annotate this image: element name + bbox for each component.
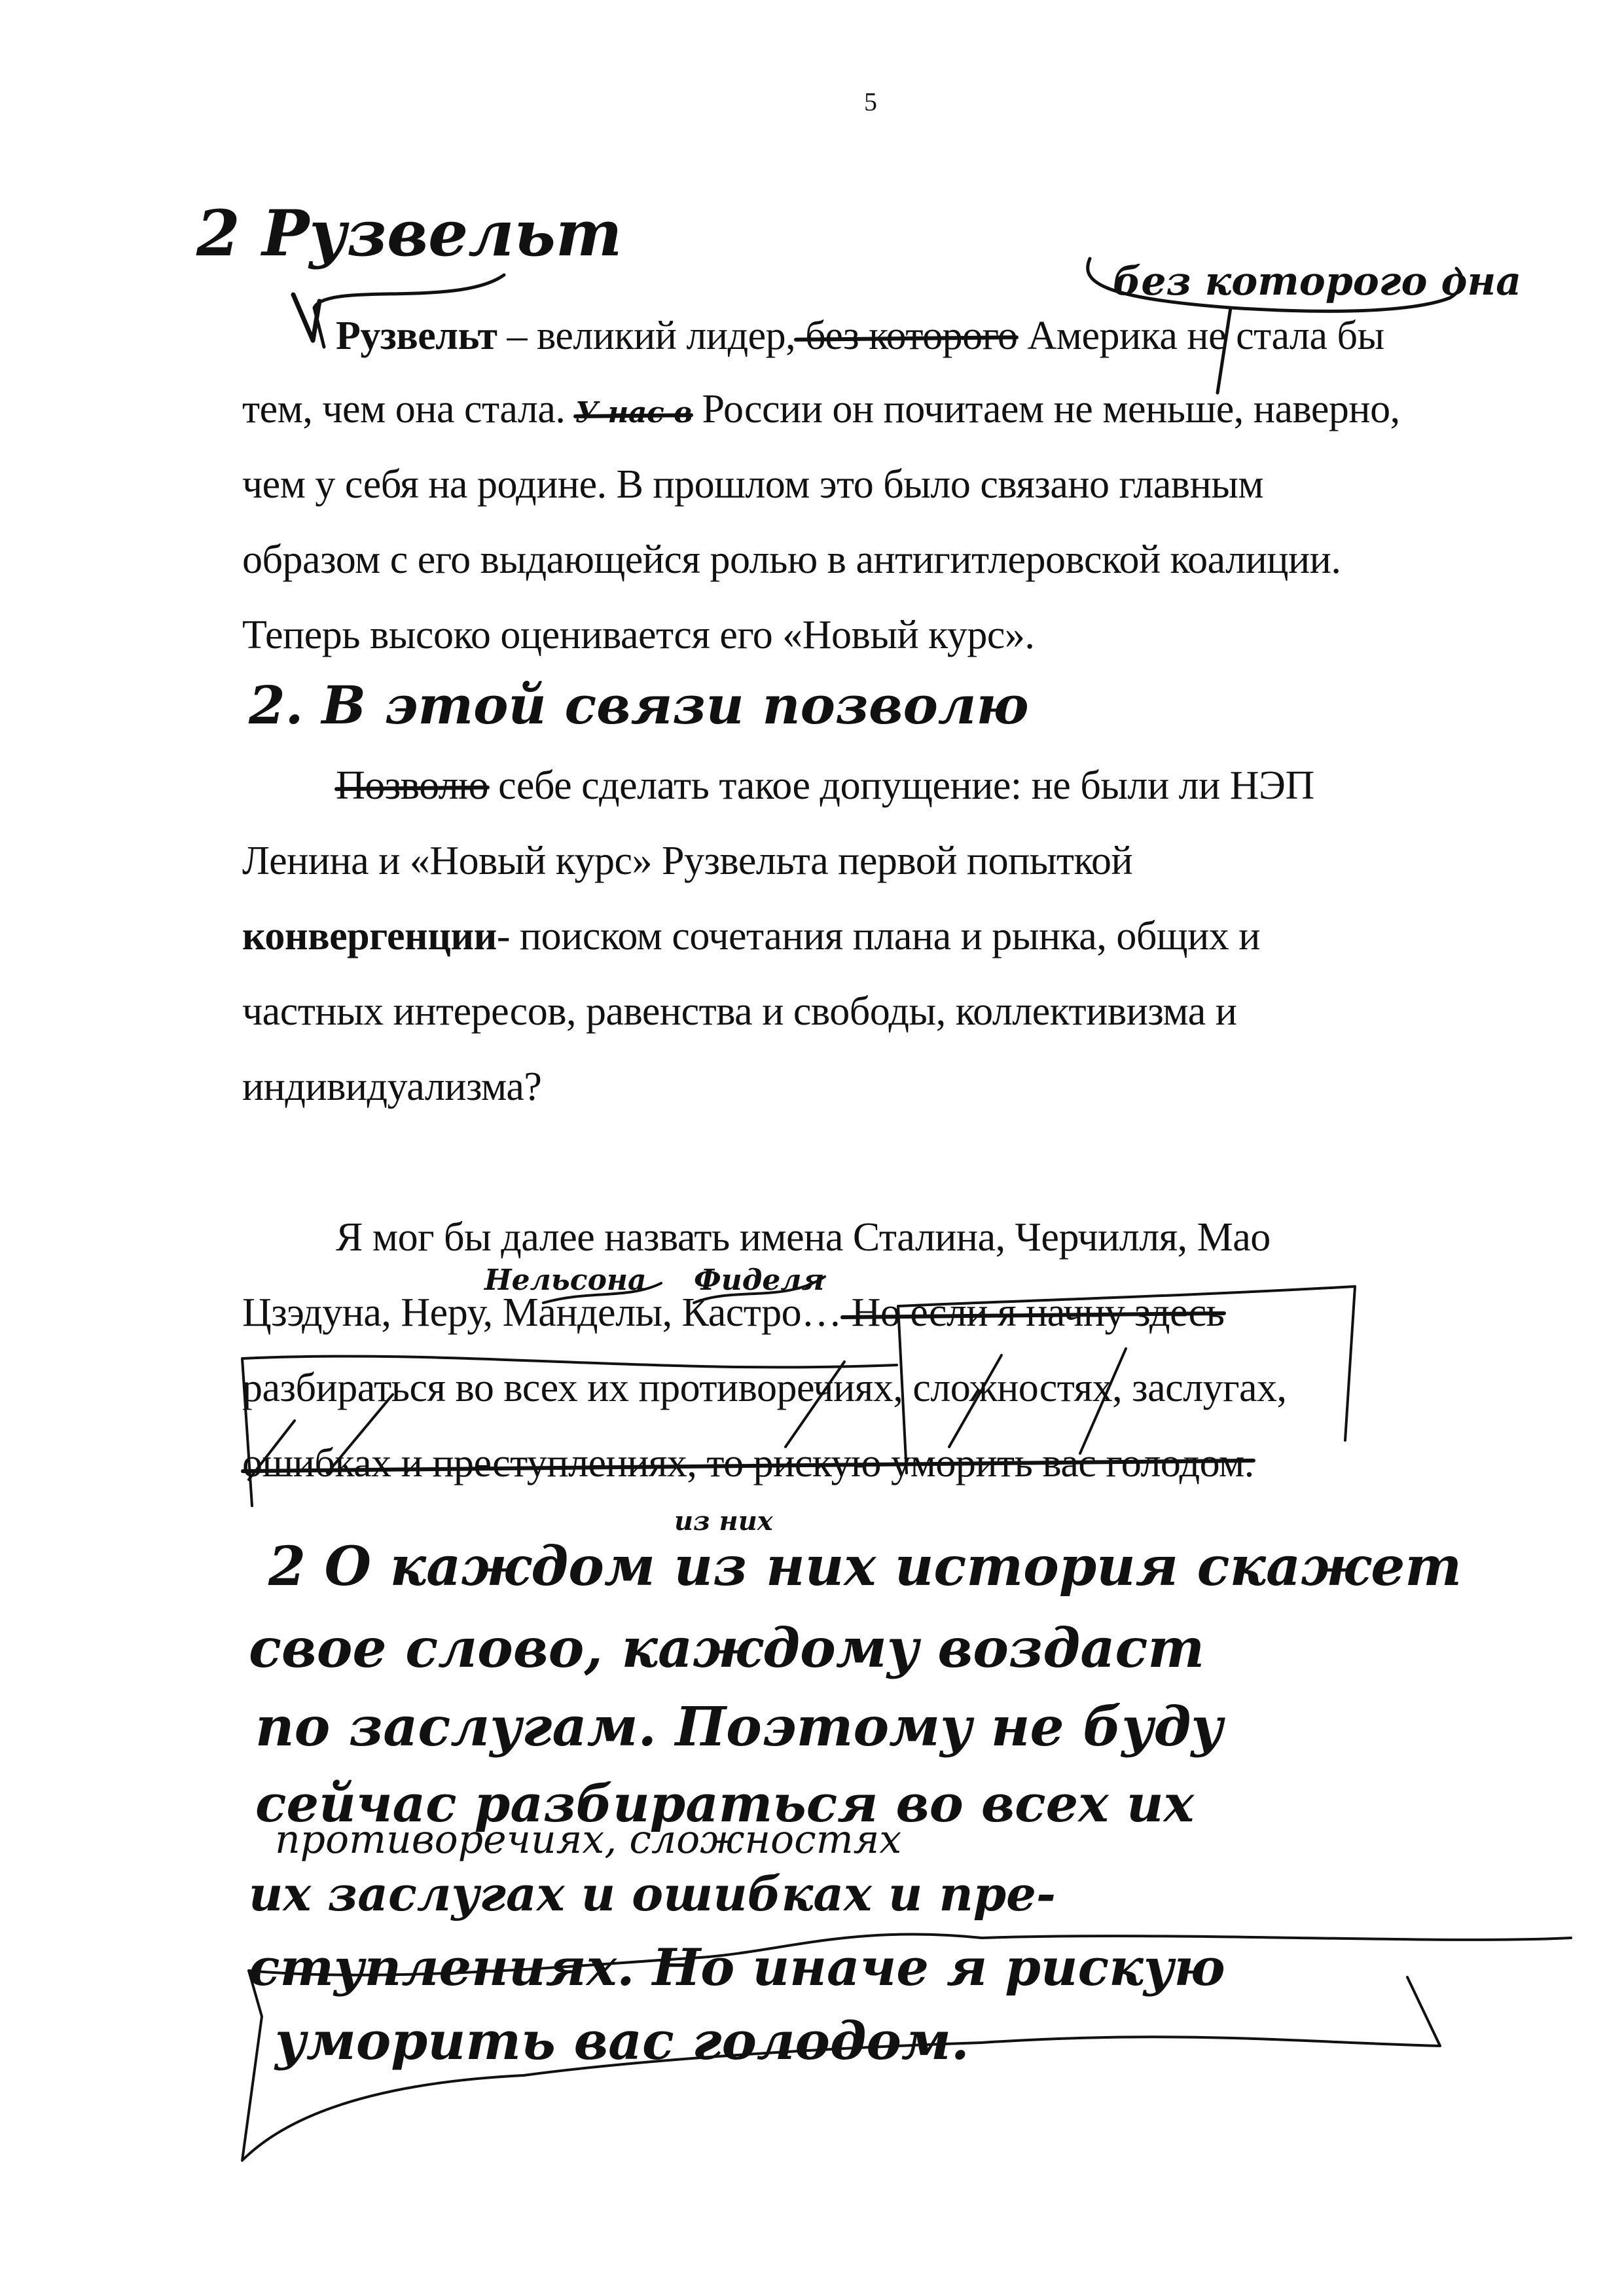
para1-line3: чем у себя на родине. В прошлом это было… bbox=[242, 462, 1263, 508]
text: России он почитаем не меньше, наверно, bbox=[693, 387, 1400, 431]
struck-text: без которого bbox=[795, 314, 1017, 358]
handwritten-block-line6: их заслугах и ошибках и пре- bbox=[249, 1866, 1056, 1922]
page-number: 5 bbox=[864, 86, 877, 117]
text: Цзэдуна, Неру, Манделы, Кастро… bbox=[242, 1290, 842, 1335]
para3-line1: Я мог бы далее назвать имена Сталина, Че… bbox=[336, 1214, 1271, 1261]
document-page: 5 2 Рузвельт без которого она Рузвельт –… bbox=[0, 0, 1624, 2296]
para2-line3: конвергенции- поиском сочетания плана и … bbox=[242, 913, 1260, 960]
para1-line1: Рузвельт – великий лидер, без которого А… bbox=[336, 313, 1384, 359]
para2-line2: Ленина и «Новый курс» Рузвельта первой п… bbox=[242, 838, 1132, 884]
handwritten-block-line5: противоречиях, сложностях bbox=[275, 1817, 901, 1863]
handwritten-insert-bez-kotorogo: без которого она bbox=[1113, 259, 1521, 304]
handwritten-heading-roosevelt: 2 Рузвельт bbox=[196, 196, 622, 270]
para1-line5: Теперь высоко оценивается его «Новый кур… bbox=[242, 612, 1034, 659]
text: Америка не стала бы bbox=[1018, 314, 1384, 358]
handwritten-block-line8: уморить вас голодом. bbox=[275, 2010, 969, 2071]
text: – великий лидер, bbox=[497, 314, 795, 358]
struck-text: Но если я начну здесь bbox=[842, 1290, 1225, 1335]
struck-text: ошибках и преступлениях, то рискую умори… bbox=[242, 1441, 1254, 1485]
para1-line4: образом с его выдающейся ролью в антигит… bbox=[242, 537, 1341, 583]
handwritten-block-line2: свое слово, каждому воздаст bbox=[249, 1617, 1204, 1680]
para2-line5: индивидуализма? bbox=[242, 1064, 541, 1110]
para2-line1: Позволю себе сделать такое допущение: не… bbox=[336, 763, 1314, 809]
term-convergence: конвергенции bbox=[242, 914, 497, 958]
para3-line2: Цзэдуна, Неру, Манделы, Кастро… Но если … bbox=[242, 1290, 1224, 1336]
checkmark-icon bbox=[293, 295, 319, 340]
text: - поиском сочетания плана и рынка, общих… bbox=[497, 914, 1260, 958]
para1-line2: тем, чем она стала. У нас в России он по… bbox=[242, 386, 1400, 433]
para3-line4: ошибках и преступлениях, то рискую умори… bbox=[242, 1440, 1254, 1487]
text: тем, чем она стала. bbox=[242, 387, 565, 431]
struck-text: У нас в bbox=[575, 396, 692, 429]
handwritten-heading-v-etoy-svyazi: 2. В этой связи позволю bbox=[249, 674, 1029, 736]
struck-text: Позволю bbox=[336, 763, 488, 808]
handwritten-block-line7: ступлениях. Но иначе я рискую bbox=[249, 1938, 1225, 1997]
text: себе сделать такое допущение: не были ли… bbox=[488, 763, 1314, 808]
term-roosevelt: Рузвельт bbox=[336, 314, 497, 358]
handwritten-block-line3: по заслугам. Поэтому не буду bbox=[255, 1696, 1223, 1758]
handwritten-insert-iz-nih: из них bbox=[674, 1506, 773, 1537]
handwritten-block-line1: 2 О каждом из них история скажет bbox=[268, 1535, 1462, 1598]
para3-line3: разбираться во всех их противоречиях, сл… bbox=[242, 1365, 1287, 1412]
para2-line4: частных интересов, равенства и свободы, … bbox=[242, 989, 1236, 1035]
